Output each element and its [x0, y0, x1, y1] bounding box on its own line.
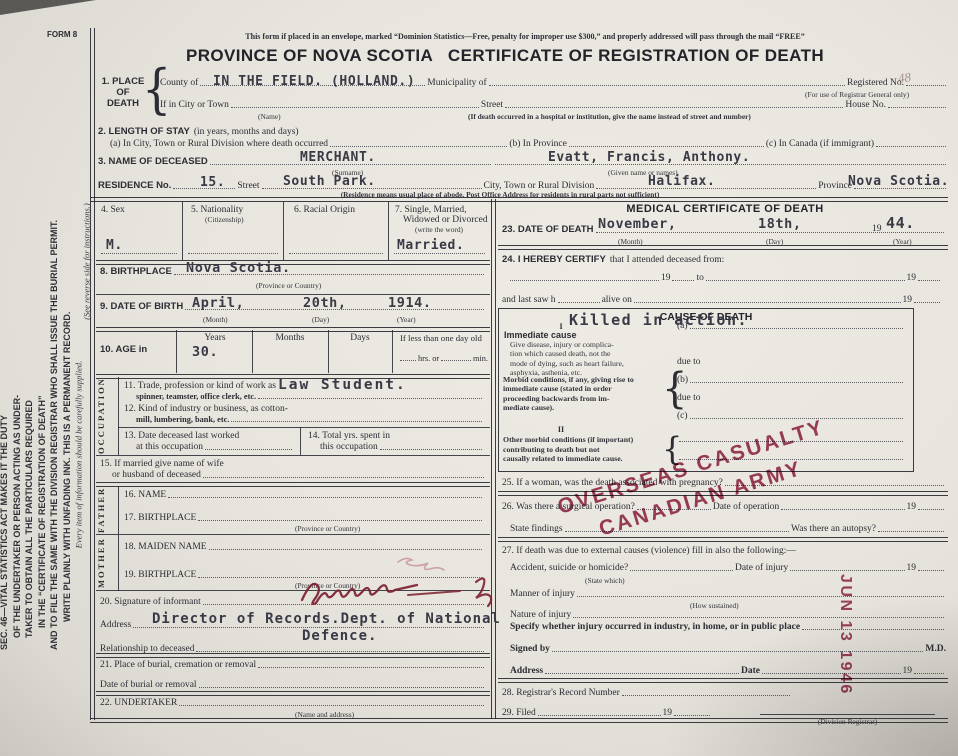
field-24-certify-label: 24. I HEREBY CERTIFY: [502, 254, 606, 265]
death-month-typed: November,: [598, 216, 677, 232]
field-23-label: 23. DATE OF DEATH: [502, 224, 594, 235]
age-min-line: [441, 358, 471, 361]
registered-no-label: Registered No.: [847, 78, 904, 88]
immediate-cause-note-line: tion which caused death, not the: [510, 349, 624, 358]
field-24-rest-label: that I attended deceased from:: [610, 255, 724, 265]
field-21-line: [258, 665, 484, 668]
injury-year-line: [918, 568, 944, 571]
field-14-line: [380, 447, 482, 450]
marital-label-2: Widowed or Divorced: [403, 215, 488, 225]
last-saw-row: and last saw h alive on 19: [502, 295, 942, 305]
name-of-deceased-label: 3. NAME OF DECEASED: [98, 156, 208, 167]
manner-of-injury-label: Manner of injury: [510, 589, 575, 599]
field-24-head: 24. I HEREBY CERTIFY that I attended dec…: [502, 254, 724, 265]
field-26-year-line: [918, 507, 944, 510]
racial-origin-field-line: [289, 253, 383, 254]
dob-month-typed: April,: [192, 295, 244, 311]
mother-side-label: MOTHER: [96, 535, 118, 591]
surname-typed-value: MERCHANT.: [300, 150, 376, 165]
field-17-line: [198, 518, 482, 521]
county-typed-value: IN THE FIELD. (HOLLAND.): [213, 74, 415, 89]
marital-typed-value: Married.: [397, 238, 464, 253]
field-13-line1: 13. Date deceased last worked: [124, 431, 239, 441]
year-19: 19: [907, 273, 917, 283]
scan-corner-artifact: [0, 0, 96, 15]
alive-on-label: alive on: [602, 295, 632, 305]
field-13-line2-label: at this occupation: [136, 442, 203, 452]
field-15-line: [203, 475, 484, 478]
registered-no-handwritten-value: 48: [897, 69, 912, 87]
county-label: County of: [160, 78, 198, 88]
field-12-line2-label: mill, lumbering, bank, etc.: [136, 415, 229, 424]
stay-a-label: (a) In City, Town or Rural Division wher…: [110, 139, 328, 149]
death-year-prefix: 19: [872, 224, 882, 234]
age-days-label: Days: [332, 333, 388, 343]
field-11-line: [258, 396, 482, 399]
date-of-injury-label: Date of injury: [735, 563, 788, 573]
form-number: FORM 8: [47, 30, 77, 39]
field-29-line: [538, 713, 661, 716]
rule-above-13-14: [118, 427, 490, 428]
field-22-note: (Name and address): [295, 710, 354, 719]
sex-field-line: [101, 253, 177, 254]
last-saw-label: and last saw h: [502, 295, 556, 305]
house-no-label: House No.: [845, 100, 886, 110]
cause-a-typed-value: Killed in action.: [569, 311, 748, 329]
dob-day-typed: 20th,: [303, 295, 347, 311]
alive-on-line: [634, 300, 901, 303]
field-11-line2-label: spinner, teamster, office clerk, etc.: [136, 392, 256, 401]
birthplace-row: 8. BIRTHPLACE: [100, 266, 486, 277]
field-15-line2-label: or husband of deceased: [112, 470, 201, 480]
morbid-note-line: mediate cause).: [503, 403, 634, 412]
stay-c-label: (c) In Canada (if immigrant): [766, 139, 874, 149]
age-hrs-min-row: hrs. or min.: [398, 354, 488, 363]
field-13-line2: at this occupation: [136, 442, 294, 452]
house-no-field-line: [888, 105, 946, 108]
dob-year-typed: 1914.: [388, 295, 432, 311]
divider-13-14: [300, 427, 301, 455]
immediate-cause-note-line: Give disease, injury or complica-: [510, 340, 624, 349]
field-18-row: 18. MAIDEN NAME: [124, 542, 484, 552]
age-hrs-line: [400, 358, 416, 361]
morbid-note-line: Morbid conditions, if any, giving rise t…: [503, 375, 634, 384]
birthplace-note: (Province or Country): [256, 281, 321, 290]
burial-date-line: [199, 685, 484, 688]
field-18-line: [209, 547, 482, 550]
age-years-label: Years: [184, 333, 246, 343]
field-20-label: 20. Signature of informant: [100, 597, 201, 607]
field-21-label: 21. Place of burial, cremation or remova…: [100, 660, 256, 670]
dob-month-note: (Month): [203, 315, 228, 324]
residence-province-label: Province: [818, 181, 852, 191]
field-13-line: [205, 447, 292, 450]
field-16-label: 16. NAME: [124, 490, 166, 500]
field-12-line1: 12. Kind of industry or business, as cot…: [124, 404, 288, 414]
physician-address-label: Address: [510, 666, 543, 676]
signed-by-label: Signed by: [510, 644, 550, 654]
personal-grid: 4. Sex M. 5. Nationality (Citizenship) 6…: [96, 202, 490, 260]
immediate-cause-note-line: mode of dying, such as heart failure,: [510, 359, 624, 368]
residence-city-typed: Halifax.: [648, 174, 715, 189]
state-findings-label: State findings: [510, 524, 563, 534]
stay-a-field-line: [330, 144, 507, 147]
attended-from-year-line: [672, 278, 694, 281]
name-note: (Name): [258, 112, 281, 121]
rule-under-15: [96, 482, 490, 487]
father-side-strip: FATHER: [96, 486, 119, 534]
sidebar-sec46-line: AND TO FILE THE SAME WITH THE DIVISION R…: [48, 90, 61, 650]
marital-cell: 7. Single, Married, Widowed or Divorced …: [389, 202, 490, 260]
length-of-stay-paren: (in years, months and days): [194, 127, 299, 137]
other-morbid-note: Other morbid conditions (if important) c…: [503, 435, 633, 464]
due-to-label: due to: [677, 393, 700, 403]
age-row: 10. AGE in Years 30. Months Days If less…: [96, 330, 490, 373]
mother-side-strip: MOTHER: [96, 535, 119, 591]
column-divider: [491, 199, 496, 719]
year-19: 19: [907, 563, 917, 573]
sidebar-sec46-line: IN THE “CERTIFICATE OF REGISTRATION OF D…: [36, 90, 49, 650]
occupation-side-strip: OCCUPATION: [96, 377, 119, 455]
field-15-line2: or husband of deceased: [112, 470, 486, 480]
field-29-label: 29. Filed: [502, 708, 536, 718]
year-19: 19: [907, 502, 917, 512]
residence-street-typed: South Park.: [283, 174, 376, 189]
nationality-note: (Citizenship): [205, 215, 244, 224]
stay-b-label: (b) In Province: [509, 139, 567, 149]
year-19: 19: [903, 295, 913, 305]
marital-note: (write the word): [415, 225, 463, 234]
rule-under-21: [96, 691, 490, 696]
autopsy-line: [878, 529, 944, 532]
cause-b-label: (b): [677, 375, 688, 385]
field-1-line: DEATH: [98, 98, 148, 109]
length-of-stay-label: 2. LENGTH OF STAY: [98, 126, 190, 137]
field-24-dates-row: 19 to 19: [508, 273, 942, 283]
field-14-line2-label: this occupation: [320, 442, 378, 452]
length-of-stay-head: 2. LENGTH OF STAY (in years, months and …: [98, 126, 299, 137]
field-28-label: 28. Registrar's Record Number: [502, 688, 620, 698]
burial-date-row: Date of burial or removal: [100, 680, 486, 690]
father-side-label: FATHER: [96, 486, 118, 534]
scan-shadow: [658, 596, 958, 756]
medical-certificate-header: MEDICAL CERTIFICATE OF DEATH: [555, 203, 895, 215]
immediate-cause-label: Immediate cause: [504, 330, 577, 340]
rule-under-13-14: [96, 455, 490, 456]
field-1-place-of-death-label: 1. PLACE OF DEATH: [98, 76, 148, 109]
sidebar-sec46-line: OF THE UNDERTAKER OR PERSON ACTING AS UN…: [11, 90, 24, 650]
occupation-side-label: OCCUPATION: [96, 377, 118, 455]
page-title: PROVINCE OF NOVA SCOTIA CERTIFICATE OF R…: [105, 46, 905, 66]
name-of-deceased-row: 3. NAME OF DECEASED: [98, 156, 948, 167]
field-19-label: 19. BIRTHPLACE: [124, 570, 196, 580]
sidebar-sec46-line: SEC. 46—VITAL STATISTICS ACT MAKES IT TH…: [0, 90, 11, 650]
roman-numeral-ii: II: [501, 425, 621, 434]
alive-on-year-line: [914, 300, 940, 303]
hospital-note: (If death occurred in a hospital or inst…: [468, 112, 751, 121]
field-12-line: [231, 419, 482, 422]
received-date-stamp: JUN 13 1946: [836, 574, 854, 708]
field-17-note: (Province or Country): [295, 524, 360, 533]
field-16-line: [168, 495, 482, 498]
stay-c-field-line: [876, 144, 946, 147]
place-city-row: If in City or Town Street House No.: [160, 100, 948, 110]
city-town-field-line: [231, 105, 479, 108]
state-which-note: (State which): [585, 576, 625, 585]
sex-cell: 4. Sex M.: [96, 202, 183, 260]
field-16-row: 16. NAME: [124, 490, 484, 500]
racial-origin-cell: 6. Racial Origin: [284, 202, 389, 260]
birthplace-label: 8. BIRTHPLACE: [100, 266, 172, 277]
field-17-label: 17. BIRTHPLACE: [124, 513, 196, 523]
stay-b-field-line: [569, 144, 764, 147]
racial-origin-label: 6. Racial Origin: [294, 205, 355, 215]
field-21-row: 21. Place of burial, cremation or remova…: [100, 660, 486, 670]
form-left-border: [90, 28, 95, 720]
year-19: 19: [661, 273, 671, 283]
autopsy-label: Was there an autopsy?: [791, 524, 876, 534]
field-14-line1: 14. Total yrs. spent in: [308, 431, 390, 441]
morbid-conditions-note: Morbid conditions, if any, giving rise t…: [503, 375, 634, 412]
field-22-label: 22. UNDERTAKER: [100, 698, 177, 708]
scanned-certificate-page: SEC. 46—VITAL STATISTICS ACT MAKES IT TH…: [0, 0, 958, 756]
occupation-typed-value: Law Student.: [278, 377, 407, 393]
field-22-line: [179, 703, 484, 706]
mailing-banner: This form if placed in an envelope, mark…: [110, 32, 940, 41]
attended-from-line: [510, 278, 659, 281]
cause-b-row: (b): [677, 375, 905, 385]
street-label: Street: [481, 100, 503, 110]
age-months-label: Months: [256, 333, 324, 343]
registrar-general-note: (For use of Registrar General only): [805, 90, 909, 99]
informant-signature: [280, 552, 515, 614]
municipality-field-line: [489, 83, 845, 86]
age-label: 10. AGE in: [100, 344, 147, 355]
residence-note: (Residence means usual place of abode. P…: [220, 190, 780, 199]
residence-label: RESIDENCE No.: [98, 180, 171, 191]
sidebar-sec46-line: WRITE PLAINLY WITH UNFADING INK. THIS IS…: [61, 90, 74, 650]
age-less-label: If less than one day old: [400, 333, 482, 343]
burial-date-label: Date of burial or removal: [100, 680, 197, 690]
field-1-line: OF: [98, 87, 148, 98]
residence-no-typed: 15.: [200, 175, 225, 190]
cause-b-line: [690, 380, 903, 383]
date-of-injury-line: [790, 568, 904, 571]
age-min-label: min.: [473, 354, 488, 363]
field-1-line: 1. PLACE: [98, 76, 148, 87]
marital-label-1: 7. Single, Married,: [395, 205, 467, 215]
field-12-line2: mill, lumbering, bank, etc.: [136, 415, 484, 424]
birthplace-typed-value: Nova Scotia.: [186, 260, 291, 276]
nationality-label: 5. Nationality: [191, 205, 243, 215]
informant-address-typed-2: Defence.: [302, 628, 377, 644]
age-years-typed: 30.: [192, 344, 218, 360]
length-of-stay-row: (a) In City, Town or Rural Division wher…: [110, 139, 948, 149]
given-name-typed-value: Evatt, Francis, Anthony.: [548, 150, 750, 165]
dob-label: 9. DATE OF BIRTH: [100, 301, 183, 312]
field-14-line2: this occupation: [320, 442, 484, 452]
age-cell-border: [328, 330, 329, 373]
field-11-line2: spinner, teamster, office clerk, etc.: [136, 392, 484, 401]
informant-relationship-line: [196, 649, 484, 652]
field-22-row: 22. UNDERTAKER: [100, 698, 486, 708]
informant-address-label: Address: [100, 620, 131, 630]
last-saw-blank: [558, 300, 600, 303]
nationality-field-line: [188, 253, 278, 254]
cause-c-label: (c): [677, 411, 688, 421]
nature-of-injury-label: Nature of injury: [510, 610, 571, 620]
attended-to-year-line: [918, 278, 940, 281]
rule-under-20: [96, 653, 490, 658]
other-morbid-line: contributing to death but not: [503, 445, 633, 455]
field-11-line1: 11. Trade, profession or kind of work as: [124, 381, 276, 391]
rule-under-personal-grid: [96, 260, 490, 265]
street-field-line: [505, 105, 843, 108]
age-cell-border: [176, 330, 177, 373]
other-morbid-line: Other morbid conditions (if important): [503, 435, 633, 445]
immediate-cause-note: Give disease, injury or complica- tion w…: [510, 340, 624, 377]
municipality-label: Municipality of: [427, 78, 486, 88]
rule-under-father: [96, 534, 490, 535]
marital-field-line: [394, 253, 485, 254]
morbid-note-line: proceeding backwards from im-: [503, 394, 634, 403]
field-18-label: 18. MAIDEN NAME: [124, 542, 207, 552]
rule-under-23: [498, 245, 948, 250]
field-27-accident-row: Accident, suicide or homicide? Date of i…: [510, 563, 946, 573]
attended-to-line: [706, 278, 905, 281]
nationality-cell: 5. Nationality (Citizenship): [183, 202, 284, 260]
age-cell-border: [252, 330, 253, 373]
sidebar-rotated-block: SEC. 46—VITAL STATISTICS ACT MAKES IT TH…: [0, 90, 78, 650]
field-27-label: 27. If death was due to external causes …: [502, 546, 796, 556]
residence-province-typed: Nova Scotia.: [848, 174, 949, 189]
city-town-label: If in City or Town: [160, 100, 229, 110]
other-morbid-line: causally related to immediate cause.: [503, 454, 633, 464]
field-26-date-line: [781, 507, 904, 510]
dob-day-note: (Day): [312, 315, 329, 324]
age-hrs-label: hrs. or: [418, 354, 439, 363]
field-17-row: 17. BIRTHPLACE: [124, 513, 484, 523]
death-year-typed: 44.: [886, 214, 915, 232]
morbid-note-line: immediate cause (stated in order: [503, 384, 634, 393]
dob-year-note: (Year): [397, 315, 416, 324]
sidebar-sec46-line: TAKER TO OBTAIN ALL THE PARTICULARS REQU…: [23, 90, 36, 650]
accident-label: Accident, suicide or homicide?: [510, 563, 628, 573]
age-cell-border: [392, 330, 393, 373]
death-day-typed: 18th,: [758, 216, 802, 232]
to-label: to: [696, 273, 703, 283]
accident-line: [630, 568, 733, 571]
field-15-line1: 15. If married give name of wife: [100, 459, 224, 469]
sex-typed-value: M.: [106, 238, 123, 253]
sex-label: 4. Sex: [101, 205, 125, 215]
